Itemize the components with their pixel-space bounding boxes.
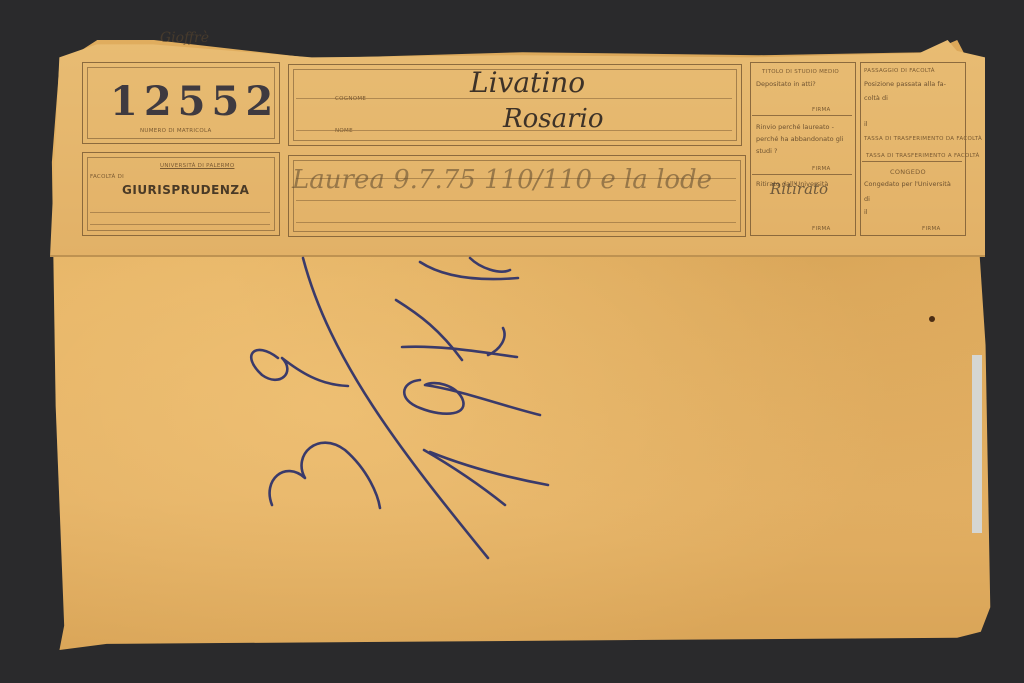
ink-spot bbox=[929, 316, 935, 322]
pen-annotation-39-1974 bbox=[0, 0, 1024, 683]
